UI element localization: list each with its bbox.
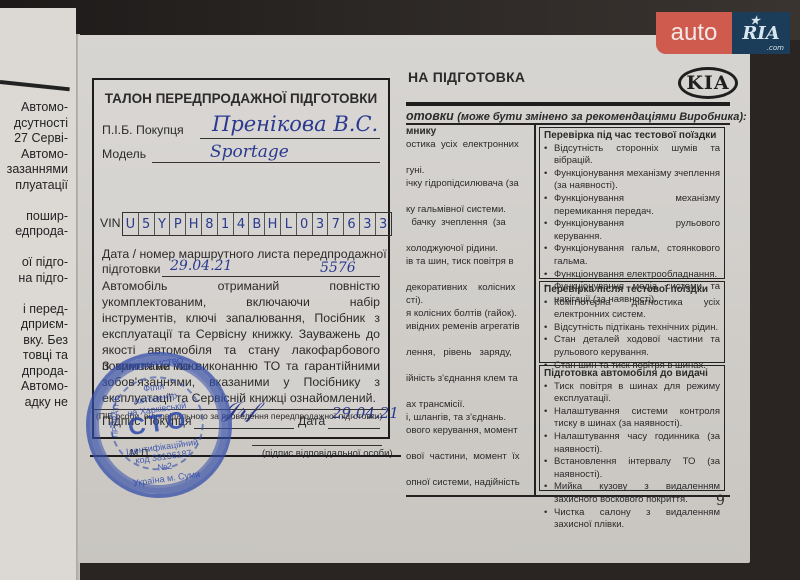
box-title: Перевірка після тестової поїздки (544, 284, 720, 297)
checklist-line: ового керування, момент (406, 424, 532, 437)
checklist-item: Функціонування механізму перемикання пер… (544, 193, 720, 218)
checklist-line (406, 463, 532, 476)
vin-cell: B (249, 213, 265, 235)
checklist-item: Функціонування механізму зчеплення (за н… (544, 168, 720, 193)
checklist-item: Відсутність сторонніх шумів та вібрацій. (544, 143, 720, 168)
checklist-line: гуні. (406, 164, 532, 177)
subtitle-bold: отовки (406, 109, 454, 123)
checklist-item: Функціонування електрообладнання. (544, 269, 720, 282)
vin-grid: U5YPH814BHL037633 (122, 212, 392, 236)
left-page-line: пошир- (0, 209, 68, 225)
checklist-line: холоджуючої рідини. (406, 242, 532, 255)
left-page-line (0, 193, 68, 209)
checklist-item: Чистка салону з видаленням захисної плів… (544, 507, 720, 532)
left-page-line: дприєм- (0, 317, 68, 333)
model-line (152, 162, 380, 163)
coupon-title: ТАЛОН ПЕРЕДПРОДАЖНОЇ ПІДГОТОВКИ (94, 91, 388, 106)
checklist-item: Мийка кузову з видаленням захисного воск… (544, 481, 720, 506)
checklist-line: ів та шин, тиск повітря в (406, 255, 532, 268)
autoria-watermark: auto ★ RIA .com (656, 12, 790, 54)
left-page-line: товці та (0, 348, 68, 364)
header-rule (406, 102, 730, 106)
box-title: Підготовка автомобіля до видачі (544, 368, 720, 381)
checklist-line: лення, рівень заряду, (406, 346, 532, 359)
box-items: Тиск повітря в шинах для режиму експлуат… (544, 381, 720, 532)
left-page-line: вку. Без (0, 333, 68, 349)
left-page-line: едпрода- (0, 224, 68, 240)
vin-cell: 0 (297, 213, 313, 235)
vin-cell: 8 (202, 213, 218, 235)
box-items: Комп'ютерна діагностика усіх електронних… (544, 297, 720, 373)
checklist-line: остика усіх електронних (406, 138, 532, 151)
autoria-ria: ★ RIA .com (732, 12, 790, 54)
checklist-line (406, 437, 532, 450)
section-subtitle: отовки (може бути змінено за рекомендаці… (406, 109, 747, 123)
left-page-line: дсутності (0, 116, 68, 132)
route-label: Дата / номер маршрутного листа передпрод… (102, 247, 387, 261)
route-line (162, 276, 380, 277)
checklist-table: мнику остика усіх електронних гуні.ічку … (406, 123, 730, 497)
checklist-line: ах трансмісії. (406, 398, 532, 411)
checklist-line (406, 190, 532, 203)
left-page-line: 27 Серві- (0, 131, 68, 147)
page-number: 9 (716, 493, 725, 509)
vin-cell: 3 (376, 213, 391, 235)
checklist-item: Функціонування рульового керування. (544, 218, 720, 243)
checklist-line (406, 151, 532, 164)
responsible-signature-line (252, 445, 382, 446)
checklist-item: Налаштування системи контроля тиску в ши… (544, 406, 720, 431)
left-page-line (0, 240, 68, 256)
vin-cell: 6 (344, 213, 360, 235)
checklist-item: Встановлення інтервалу ТО (за наявності)… (544, 456, 720, 481)
checklist-item: Тиск повітря в шинах для режиму експлуат… (544, 381, 720, 406)
checklist-line: я колісних болтів (гайок). (406, 307, 532, 320)
left-column-header: мнику (406, 125, 532, 138)
autoria-auto: auto (656, 12, 732, 54)
left-page-line: Автомо- (0, 147, 68, 163)
checklist-line: ійність з'єднання клем та (406, 372, 532, 385)
checklist-line (406, 268, 532, 281)
checklist-line (406, 229, 532, 242)
checklist-item: Налаштування часу годинника (за наявност… (544, 431, 720, 456)
left-page-line: Автомо- (0, 379, 68, 395)
model-label: Модель (102, 147, 146, 161)
checklist-item: Відсутність підтікань технічних рідин. (544, 322, 720, 335)
vin-cell: H (186, 213, 202, 235)
checklist-item: Функціонування гальм, стоянкового гальма… (544, 243, 720, 268)
checklist-item: Стан деталей ходової частини та рульовог… (544, 334, 720, 359)
checklist-line: опної системи, надійність (406, 476, 532, 489)
star-icon: ★ (750, 14, 760, 27)
box-after-test-drive: Перевірка після тестової поїздки Комп'ют… (539, 281, 725, 363)
vin-label: VIN (100, 216, 121, 230)
route-date-handwritten: 29.04.21 (170, 258, 232, 274)
checklist-right-column: Перевірка під час тестової поїздки Відсу… (536, 125, 730, 495)
left-page-text: Автомо-дсутності27 Серві-Автомо-зазанням… (0, 100, 68, 410)
left-page-line: зазаннями (0, 162, 68, 178)
box-delivery-prep: Підготовка автомобіля до видачі Тиск пов… (539, 365, 725, 491)
checklist-left-column: мнику остика усіх електронних гуні.ічку … (406, 125, 532, 495)
vin-cell: U (123, 213, 139, 235)
left-page-line (0, 286, 68, 302)
date-line (328, 428, 380, 429)
checklist-line (406, 359, 532, 372)
vin-cell: 7 (328, 213, 344, 235)
stamp-edge-left: ПРИВАТНЕ (110, 395, 120, 438)
subtitle-note: (може бути змінено за рекомендаціями Вир… (457, 111, 746, 123)
left-page-line: ої підго- (0, 255, 68, 271)
autoria-com: .com (767, 44, 784, 52)
checklist-line: сті). (406, 294, 532, 307)
checklist-line (406, 489, 532, 495)
model-handwritten: Sportage (210, 142, 289, 162)
checklist-line (406, 333, 532, 346)
left-page-line: адку не (0, 395, 68, 411)
kia-logo: KIA (678, 67, 738, 99)
vin-cell: 3 (313, 213, 329, 235)
vin-cell: L (281, 213, 297, 235)
left-page-line: і перед- (0, 302, 68, 318)
checklist-line: ку гальмівної системи. (406, 203, 532, 216)
buyer-line (200, 138, 380, 139)
stamp-edge-top: ТОВАРИСТВО (129, 356, 184, 372)
left-page-edge-line (0, 80, 70, 91)
left-page-line: плуатації (0, 178, 68, 194)
box-test-drive: Перевірка під час тестової поїздки Відсу… (539, 127, 725, 279)
left-page-line: дпрода- (0, 364, 68, 380)
vin-cell: P (170, 213, 186, 235)
checklist-item: Комп'ютерна діагностика усіх електронних… (544, 297, 720, 322)
route-label-2: підготовки (102, 262, 160, 276)
left-page-line: на підго- (0, 271, 68, 287)
vin-cell: 1 (218, 213, 234, 235)
left-page-line: Автомо- (0, 100, 68, 116)
vin-cell: Y (155, 213, 171, 235)
buyer-name-handwritten: Пренікова В.С. (212, 112, 378, 136)
autoria-ria-text: RIA (742, 23, 779, 44)
vin-cell: 3 (360, 213, 376, 235)
checklist-line: декоративних колісних (406, 281, 532, 294)
checklist-line: ової частини, момент їх (406, 450, 532, 463)
page-title: НА ПІДГОТОВКА (408, 69, 525, 85)
box-title: Перевірка під час тестової поїздки (544, 130, 720, 143)
vin-cell: 4 (234, 213, 250, 235)
vin-cell: H (265, 213, 281, 235)
vin-cell: 5 (139, 213, 155, 235)
checklist-line: ивідних ременів агрегатів (406, 320, 532, 333)
checklist-line (406, 385, 532, 398)
checklist-line: і, шлангів, та з'єднань. (406, 411, 532, 424)
signature-caption: (підпис відповідальної особи) (262, 448, 393, 459)
checklist-line: бачку зчеплення (за (406, 216, 532, 229)
left-page: Автомо-дсутності27 Серві-Автомо-зазанням… (0, 8, 76, 580)
route-number-handwritten: 5576 (320, 260, 356, 276)
checklist-line: ічку гідропідсилювача (за (406, 177, 532, 190)
buyer-label: П.І.Б. Покупця (102, 123, 184, 137)
